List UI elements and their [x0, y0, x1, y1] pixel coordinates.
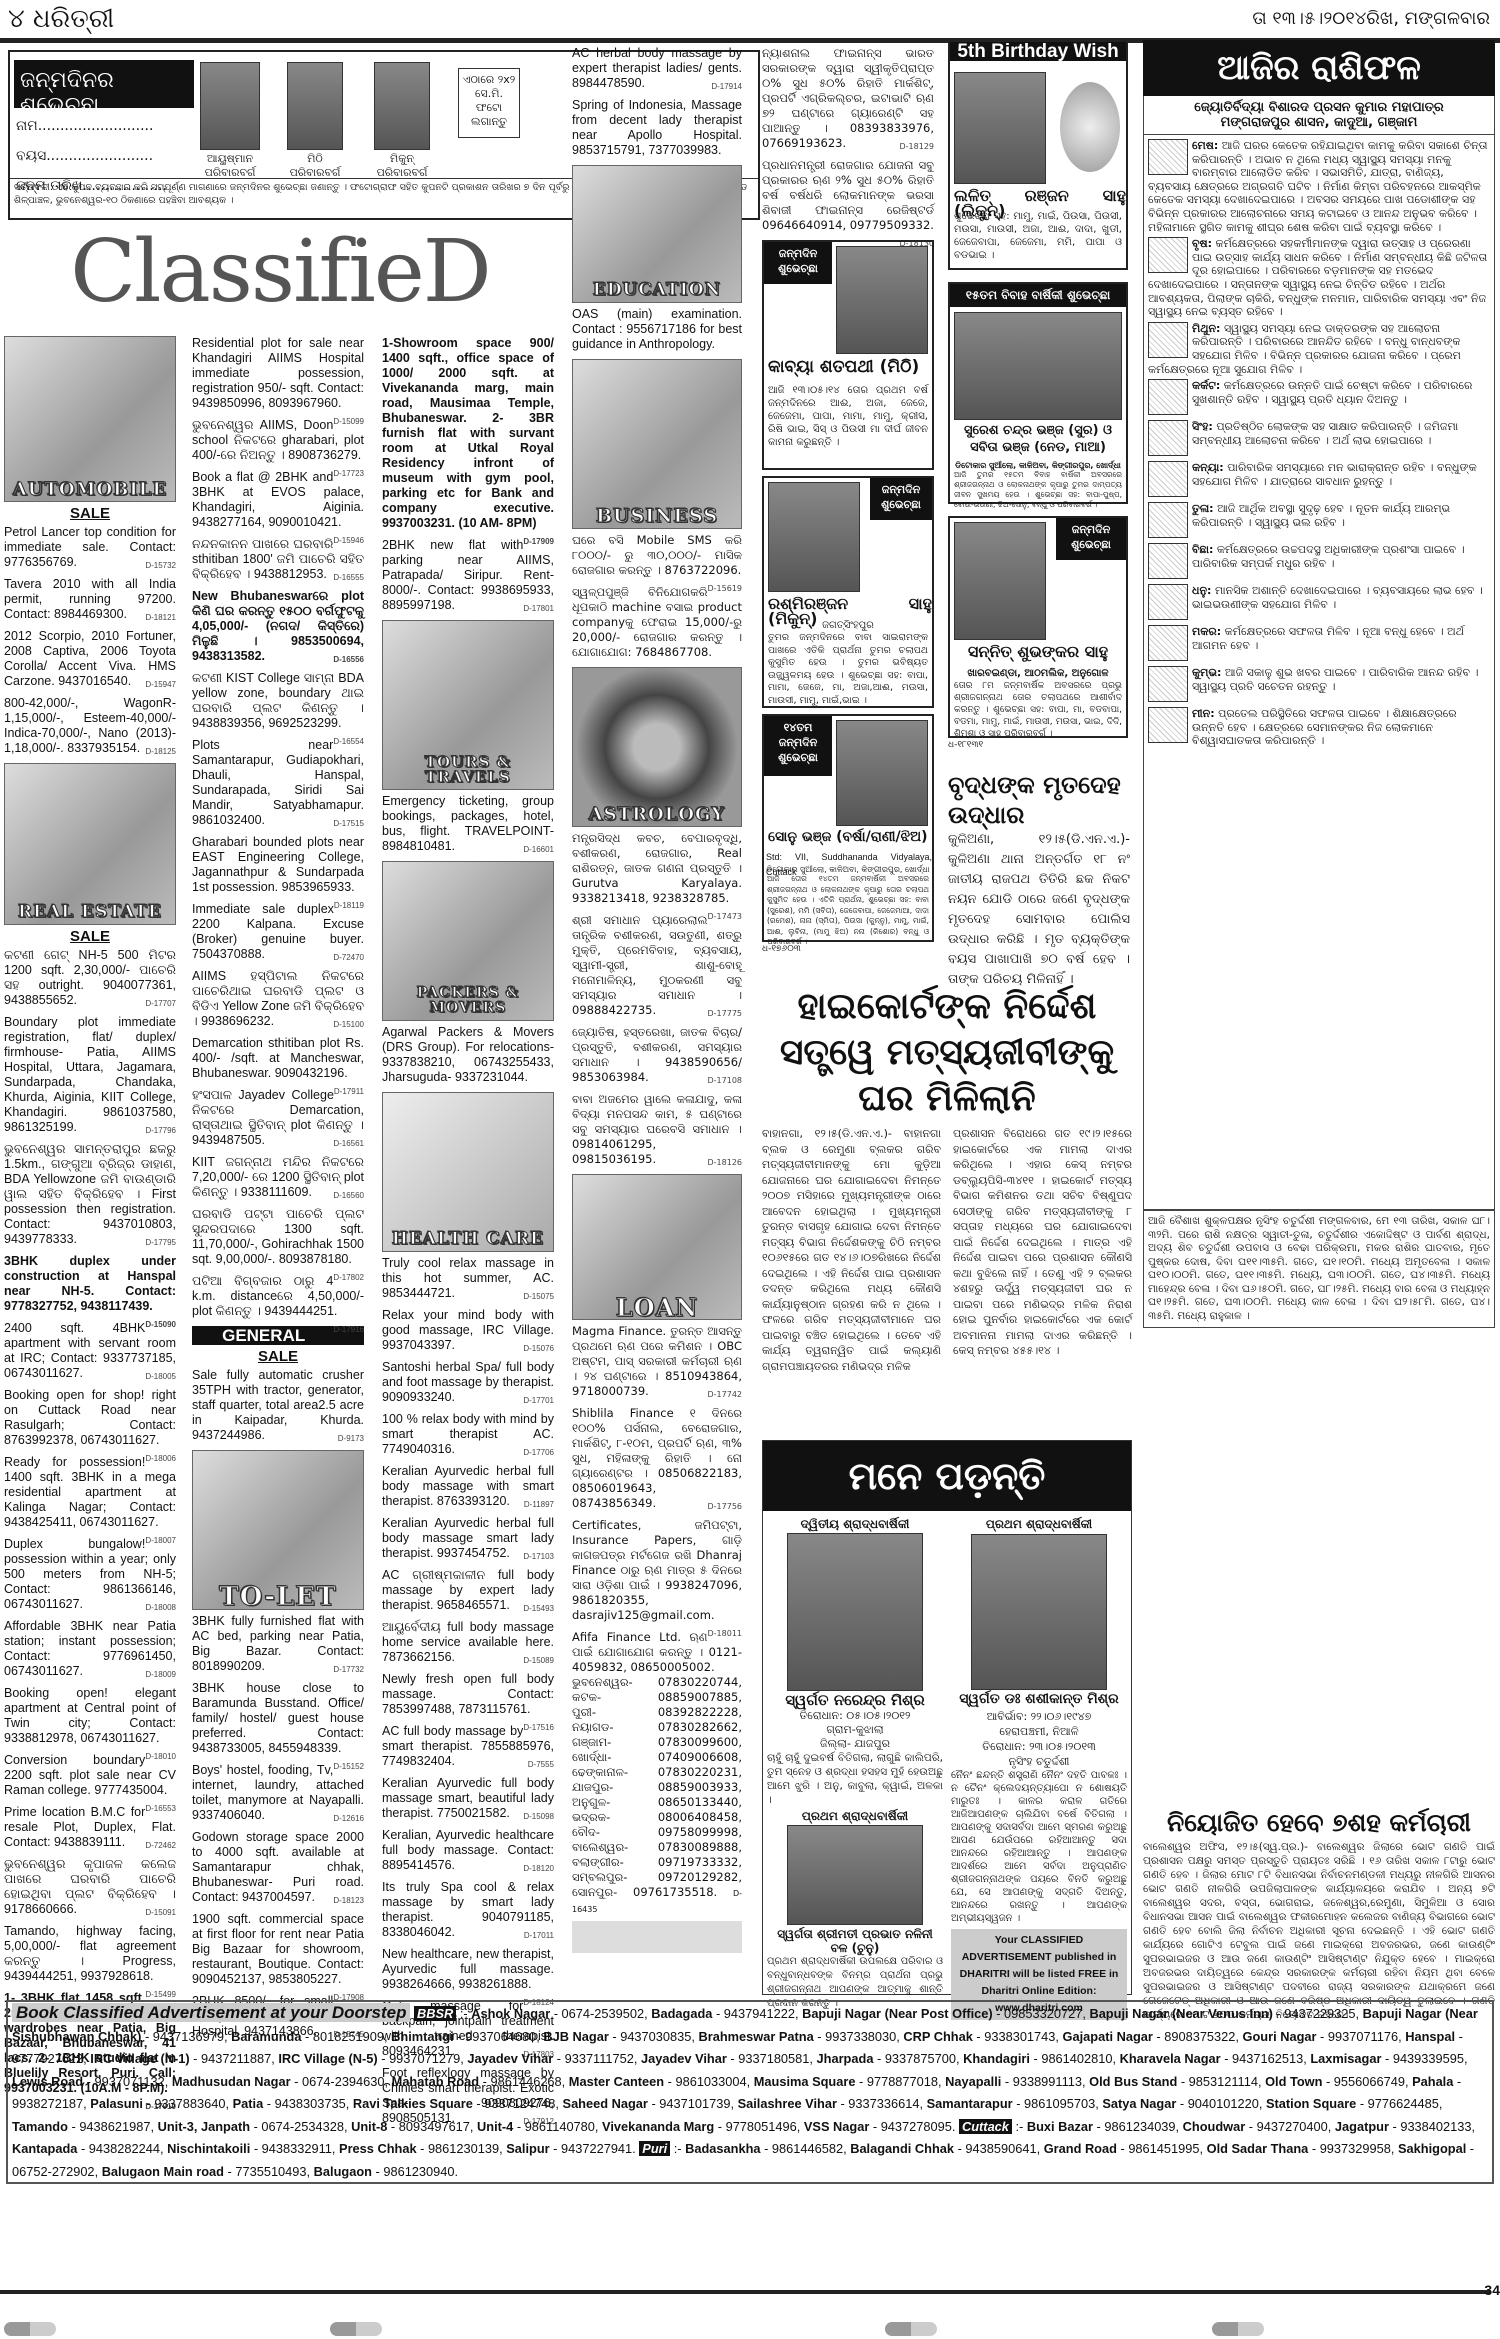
centre-name: CRP Chhak: [903, 2029, 972, 2044]
centre-name: Gajapati Nagar: [1063, 2029, 1153, 2044]
branch-row: ପୁରୀ-08392822228,: [572, 1705, 742, 1720]
classified-ad: KIIT ଜଗନ୍ନାଥ ମନ୍ଦିର ନିକଟରେ 7,20,000/- ରେ…: [192, 1155, 364, 1200]
classified-ad: AC herbal body massage by expert therapi…: [572, 46, 742, 91]
ad-text: Booking open for shop! right on Cuttack …: [4, 1388, 176, 1447]
obituary-message: ଚାହୁଁ ଚାହୁଁ ଦୁଇବର୍ଷ ବିତିଗଲା, ଲାଗୁଛି କାଲି…: [767, 1751, 943, 1807]
centre-name: BJB Nagar: [543, 2029, 608, 2044]
ad-code: D-17707: [145, 996, 176, 1011]
centre-name: Unit-3, Janpath: [158, 2119, 250, 2134]
centre-name: Ravi Talkies Square: [353, 2096, 473, 2111]
coupon-title: ଜନ୍ମଦିନର ଶୁଭେଚ୍ଛା: [14, 60, 194, 108]
ad-text: Residential plot for sale near Khandagir…: [192, 336, 364, 410]
wish-name: ସୋନୁ ଭଞ୍ଜ (ବର୍ଷା/ରାଣୀ/ଝିଅ): [768, 830, 928, 845]
news-body: ବାଲେଶ୍ୱର ଅଫିସ, ୧୨।୫(ସ୍ୱ.ପ୍ର.)- ବାଲେଶ୍ୱର …: [1143, 1840, 1495, 2022]
ad-code: D-18129: [900, 139, 935, 154]
branch-name: ବୌଦ-: [572, 1825, 600, 1840]
obituary-section: ମନେ ପଡ଼ନ୍ତି ଦ୍ୱିତୀୟ ଶ୍ରାଦ୍ଧବାର୍ଷିକୀ ସ୍ୱର…: [762, 1440, 1132, 1995]
centre-phone: 9861402810: [1041, 2051, 1112, 2066]
horoscope-item: ତୁଳା: ଆଜି ଆର୍ଥିକ ଅବସ୍ଥା ସୁଦୃଢ଼ ହେବ । ନୂତ…: [1148, 502, 1490, 540]
centre-name: Satya Nagar: [1102, 2096, 1176, 2111]
ad-text: ଘରେ ବସି Mobile SMS କରି ୮୦୦୦/- ରୁ ୩୦,୦୦୦/…: [572, 533, 742, 577]
centre-phone: 9937329958: [1320, 2141, 1391, 2156]
ad-code: D-18121: [145, 610, 176, 625]
child-photo: [768, 482, 860, 592]
horoscope-item: ମୀନ: ପ୍ରତେଲ ପରିସ୍ଥିତିରେ ସଫଳତା ପାଇବେ । ଶି…: [1148, 707, 1490, 748]
column-5: ନ୍ୟାଶନାଲ ଫାଇନାନ୍ସ ଭାରତ ସରକାରଙ୍କ ଦ୍ୱାରା ସ…: [762, 46, 934, 957]
news-high-court: ହାଇକୋର୍ଟଙ୍କ ନିର୍ଦ୍ଦେଶ ସତ୍ତ୍ୱେ ମତ୍ସ୍ୟଜୀବୀ…: [762, 984, 1132, 1374]
centre-name: Patia: [233, 2096, 264, 2111]
classified-ad: Booking open! elegant apartment at Centr…: [4, 1686, 176, 1746]
deceased-name: ସ୍ୱର୍ଗତ ଡଃ ଶଶୀକାନ୍ତ ମିଶ୍ର: [951, 1692, 1127, 1707]
centre-name: Kantapada: [12, 2141, 77, 2156]
centre-name: Nayapalli: [945, 2074, 1001, 2089]
classified-ad: Emergency ticketing, group bookings, pac…: [382, 794, 554, 854]
centre-name: Ashok Nagar: [471, 2006, 550, 2021]
ad-code: D-17914: [711, 79, 742, 94]
ad-code: D-15075: [523, 1289, 554, 1304]
ad-code: D-18119: [334, 898, 364, 913]
ad-code: D-18126: [708, 1155, 743, 1170]
ad-text: Agarwal Packers & Movers (DRS Group). Fo…: [382, 1025, 554, 1084]
sale-heading: SALE: [192, 1349, 364, 1364]
ad-code: D-9173: [338, 1431, 364, 1446]
branch-name: ପୁରୀ-: [572, 1705, 596, 1720]
branch-name: ବଲାଙ୍ଗୀର-: [572, 1855, 624, 1870]
branch-phone: 07830099600,: [658, 1735, 742, 1750]
automobile-image: AUTOMOBILE: [4, 336, 176, 502]
centre-phone: 9338991113: [1013, 2074, 1082, 2089]
registration-mark: [885, 2322, 937, 2336]
centre-name: Mahatab Road: [392, 2074, 479, 2089]
wish-tag: 5th Birthday Wish: [950, 42, 1126, 61]
centre-phone: 9778877018: [867, 2074, 938, 2089]
classified-ad: Plots near Samantarapur, Gudiapokhari, D…: [192, 738, 364, 828]
centre-phone: 9861451995: [1128, 2141, 1199, 2156]
zodiac-icon: [1148, 666, 1188, 702]
ad-code: D-15100: [333, 1017, 364, 1032]
ad-text: Newly fresh open full body massage. Cont…: [382, 1672, 554, 1716]
centre-phone: 06752-272902: [12, 2164, 95, 2179]
ad-text: ପ୍ରଧାନମନ୍ତ୍ରୀ ରୋଜଗାର ଯୋଜନା ସବୁ ପ୍ରକାରର ଋ…: [762, 158, 934, 232]
child-photo: [954, 522, 1046, 640]
anniversary-label: ପ୍ରଥମ ଶ୍ରାଦ୍ଧବାର୍ଷିକୀ: [951, 1517, 1127, 1532]
centre-phone: 9861234039: [1104, 2119, 1175, 2134]
branch-phone: 07830220744,: [658, 1675, 742, 1690]
ad-code: D-17909: [523, 534, 554, 549]
centre-name: Bhimtangi: [391, 2029, 454, 2044]
zodiac-text: ଆଜି ଘରର କେତେକ ରହିଯାଇଥିବା କାମକୁ କରିବା ସକା…: [1148, 139, 1487, 234]
horoscope-item: ବିଛା: କର୍ମକ୍ଷେତ୍ରରେ ଉଚ୍ଚପଦସ୍ଥ ଅଧିକାରୀଙ୍କ…: [1148, 543, 1490, 581]
ad-text: OAS (main) examination. Contact : 955671…: [572, 307, 742, 351]
category-label: TOURS & TRAVELS: [383, 755, 553, 785]
centre-phone: 8018251909: [313, 2029, 384, 2044]
logo-text: ClassifieD: [70, 222, 490, 322]
horoscope-item: ମକର: କର୍ମକ୍ଷେତ୍ରରେ ସଫଳତା ମିଳିବ । ନୂଆ ବନ୍…: [1148, 625, 1490, 663]
centre-phone: 9040101220: [1188, 2096, 1259, 2111]
column-1: AUTOMOBILE SALE Petrol Lancer top condit…: [4, 336, 176, 2114]
ad-code: D-16560: [333, 1188, 364, 1203]
horoscope-item: କନ୍ୟା: ପାରିବାରିକ ସମସ୍ୟାରେ ମନ ଭାରାକ୍ରାନ୍ତ…: [1148, 461, 1490, 499]
classified-ad: New healthcare, new therapist, Ayurvedic…: [382, 1947, 554, 1992]
branch-phone: 08859003933,: [658, 1780, 742, 1795]
wish-name: କାବ୍ୟା ଶତପଥୀ (ମିଠି): [768, 360, 919, 375]
ad-code: D-18120: [523, 1861, 554, 1876]
ad-code: D-18009: [145, 1667, 176, 1682]
branch-phone: 07409006608,: [658, 1750, 742, 1765]
zodiac-name: ବୃଷ:: [1192, 237, 1212, 250]
classified-ad: Residential plot for sale near Khandagir…: [192, 336, 364, 411]
branch-row: ଭୁବନେଶ୍ୱର-07830220744,: [572, 1675, 742, 1690]
wish-name: ସନ୍ନିତ୍ ଶୁଭଙ୍କର ସାହୁ: [950, 644, 1126, 659]
centre-phone: 9438621987: [79, 2119, 150, 2134]
zodiac-icon: [1148, 237, 1188, 273]
classified-ad: 3BHK house close to Baramunda Busstand. …: [192, 1681, 364, 1756]
blank-box: [572, 1921, 742, 1953]
news-employees: ନିୟୋଜିତ ହେବେ ୭ଶହ କର୍ମଚାରୀ ବାଲେଶ୍ୱର ଅଫିସ,…: [1143, 1806, 1495, 2022]
branch-phone: 08392822228,: [658, 1705, 742, 1720]
centre-phone: 9437101739: [659, 2096, 730, 2111]
centre-name: Unit-8: [351, 2119, 387, 2134]
centre-name: Brahmeswar Patna: [699, 2029, 814, 2044]
wish-tag: ଜନ୍ମଦିନ ଶୁଭେଚ୍ଛା: [764, 242, 832, 284]
centre-name: Old Bus Stand: [1089, 2074, 1177, 2089]
horoscope-list: ମେଷ: ଆଜି ଘରର କେତେକ ରହିଯାଇଥିବା କାମକୁ କରିବ…: [1143, 135, 1495, 1210]
classified-ad: Truly cool relax massage in this hot sum…: [382, 1256, 554, 1301]
centre-phone: 9437162513: [1232, 2051, 1303, 2066]
branch-name: ଖୋର୍ଦ୍ଧା-: [572, 1750, 611, 1765]
zodiac-icon: [1148, 322, 1188, 358]
zodiac-name: ମିଥୁନ:: [1192, 322, 1220, 335]
ad-text: ଭୁବନେଶ୍ୱର ସାମନ୍ତରାପୁର ଛକରୁ 1.5km., ଗଙ୍ଗୁ…: [4, 1142, 176, 1246]
ad-text: Gharabari bounded plots near EAST Engine…: [192, 835, 364, 894]
branch-row: ଗଞ୍ଜାମ-07830099600,: [572, 1735, 742, 1750]
ad-text: Plots near Samantarapur, Gudiapokhari, D…: [192, 738, 364, 827]
centre-name: Unit-4: [477, 2119, 513, 2134]
classified-ad: Keralian Ayurvedic full body massage sma…: [382, 1776, 554, 1821]
centre-name: Balagandi Chhak: [850, 2141, 954, 2156]
packers-image: PACKERS & MOVERS: [382, 861, 554, 1021]
branch-name: କଟକ-: [572, 1690, 601, 1705]
ad-code: D-17742: [708, 1387, 743, 1402]
centre-name: Palasuni: [90, 2096, 143, 2111]
wish-message: ଆଜି ୧୩।୦୫।୧୪ ତୋର ପ୍ରଥମ ବର୍ଷ ଜନ୍ମଦିନରେ ଆଈ…: [768, 384, 928, 449]
ad-text: Spring of Indonesia, Massage from decent…: [572, 98, 742, 157]
zodiac-icon: [1148, 584, 1188, 620]
classified-ad: ମନ୍ତ୍ରସିଦ୍ଧ କବଚ, ବେପାରବୃଦ୍ଧି, ବଶୀକରଣ, ରୋ…: [572, 831, 742, 906]
category-label: BUSINESS: [573, 509, 741, 524]
centre-name: Jayadev Vihar: [467, 2051, 553, 2066]
branch-row: ବଲାଙ୍ଗୀର-09719733332,: [572, 1855, 742, 1870]
centre-name: Madhusudan Nagar: [172, 2074, 291, 2089]
branch-row: ଖୋର୍ଦ୍ଧା-07409006608,: [572, 1750, 742, 1765]
centre-phone: 9437030835: [620, 2029, 691, 2044]
news-body: କୁଳିଅଣା, ୧୨।୫(ଡି.ଏନ.ଏ.)- କୁଳିଅଣା ଥାନା ଅନ…: [948, 830, 1130, 990]
classified-ad: Magma Finance. ତୁରନ୍ତ ଆସନ୍ତୁ ପ୍ରଥମେ ଋଣ ପ…: [572, 1324, 742, 1399]
tours-image: TOURS & TRAVELS: [382, 620, 554, 790]
ad-code: ଧ-୧୮୧୩୧: [948, 738, 1128, 753]
branch-row: ସମ୍ବଲପୁର-09720129282,: [572, 1870, 742, 1885]
classified-ad: ବାବା ଅଜମେର ୱାଲେ କଳାଯାଦୁ, କଳା ବିଦ୍ୟା ମନପସ…: [572, 1092, 742, 1167]
classified-ad: ଘରେ ବସି Mobile SMS କରି ୮୦୦୦/- ରୁ ୩୦,୦୦୦/…: [572, 533, 742, 578]
wish-tag: ୧୪ତମ ଜନ୍ମଦିନ ଶୁଭେଚ୍ଛା: [764, 716, 832, 776]
classified-ad: Tamando, highway facing, 5,00,000/- flat…: [4, 1924, 176, 1984]
ad-code: D-15946: [333, 533, 364, 548]
centre-phone: 9337336614: [848, 2096, 919, 2111]
ad-code: D-17011: [524, 1928, 554, 1943]
classified-ad: 3BHK duplex under construction at Hanspa…: [4, 1254, 176, 1314]
horoscope-item: ସିଂହ: ପ୍ରତିଷ୍ଠିତ ଲୋକଙ୍କ ସହ ସାକ୍ଷାତ କରିପା…: [1148, 420, 1490, 458]
branch-name: ଭୁବନେଶ୍ୱର-: [572, 1675, 633, 1690]
centre-phone: 9438282244: [89, 2141, 160, 2156]
business-image: BUSINESS: [572, 359, 742, 529]
classified-ad: New Bhubaneswarରେ plot କିଣି ଘର କରନ୍ତୁ ୧୫…: [192, 589, 364, 664]
child-photo-2: [287, 62, 343, 150]
classified-ad: AC ଗ୍ରୀଷ୍ମକାଳୀନ full body massage by exp…: [382, 1568, 554, 1613]
wish-message: ଶୁଭେଚ୍ଛା ସହ: ମାମୁ, ମାଇଁ, ପିଉସା, ପିଉସୀ, ମ…: [954, 210, 1122, 262]
registration-mark: [1212, 2322, 1264, 2336]
horoscope-section: ଆଜିର ରାଶିଫଳ ଜ୍ୟୋତିର୍ବିଦ୍ୟା ବିଶାରଦ ପ୍ରସନ …: [1143, 40, 1495, 1328]
category-label: EDUCATION: [573, 283, 741, 298]
zodiac-text: ମାନସିକ ଅଶାନ୍ତି ଦେଖାଦେଇପାରେ । ବ୍ୟବସାୟରେ ଲ…: [1192, 584, 1483, 611]
classified-ad: Keralian Ayurvedic herbal full body mass…: [382, 1516, 554, 1561]
centre-phone: 9338402133: [1400, 2119, 1471, 2134]
ad-code: D-15076: [523, 1341, 554, 1356]
classified-ad: Duplex bungalow! possession within a yea…: [4, 1537, 176, 1612]
news-body: ବାହାନଗା, ୧୨।୫(ଡି.ଏନ.ଏ.)- ବାହାନଗା ବ୍ଲକ ଓ …: [762, 1126, 941, 1374]
ad-text: କଟଣୀ KIST College ସାମ୍ନା BDA yellow zone…: [192, 671, 364, 730]
centre-phone: 9337111752: [565, 2051, 634, 2066]
wish-message: ତୋର ୮ମ ଜନ୍ମବାର୍ଷିକ ଅବସରରେ ପ୍ରଭୁ ଶ୍ରୀଜଗନ୍…: [954, 680, 1122, 740]
obituary-photo: [787, 1533, 923, 1691]
realestate-image: REAL ESTATE: [4, 763, 176, 925]
branch-phone: 08650133440,: [658, 1795, 742, 1810]
centre-name: Gouri Nagar: [1243, 2029, 1317, 2044]
centre-phone: 9337124748: [484, 2096, 555, 2111]
branch-row: ବୌଦ-09758099998,: [572, 1825, 742, 1840]
zodiac-name: କନ୍ୟା:: [1192, 461, 1224, 474]
ad-text: 3BHK duplex under construction at Hanspa…: [4, 1254, 176, 1313]
centre-phone: 9776624485: [1368, 2096, 1439, 2111]
centre-phone: 9338301743: [984, 2029, 1055, 2044]
ad-code: D-17516: [523, 1720, 554, 1735]
obituary-detail: ତିରୋଧାନ: ୦୫।୦୫।୨୦୧୨: [767, 1709, 943, 1723]
zodiac-text: ପ୍ରତେଲ ପରିସ୍ଥିତିରେ ସଫଳତା ପାଇବେ । ଶିକ୍ଷାକ…: [1192, 707, 1457, 747]
obituary-detail: ହେରାପଞ୍ଚମୀ, ନିଆଳି: [951, 1724, 1127, 1739]
category-label: AUTOMOBILE: [5, 482, 175, 497]
ad-code: D-15091: [145, 1905, 176, 1920]
centre-name: Mausima Square: [754, 2074, 856, 2089]
birthday-wish-sonu: ୧୪ତମ ଜନ୍ମଦିନ ଶୁଭେଚ୍ଛା ସୋନୁ ଭଞ୍ଜ (ବର୍ଷା/ର…: [762, 714, 934, 942]
branch-name: ବାଲେଶ୍ୱର-: [572, 1840, 628, 1855]
ad-code: D-16554: [333, 734, 364, 749]
child-photo: [954, 72, 1046, 184]
centre-phone: 9337875700: [885, 2051, 956, 2066]
ad-text: 3BHK house close to Baramunda Busstand. …: [192, 1681, 364, 1755]
ad-code: D-17723: [333, 466, 364, 481]
classified-ad: 3BHK fully furnished flat with AC bed, p…: [192, 1614, 364, 1674]
deceased-name: ସ୍ୱର୍ଗତ ନରେନ୍ଦ୍ର ମିଶ୍ର: [767, 1693, 943, 1707]
branch-phone: 08006408458,: [658, 1810, 742, 1825]
obituary-photo: [971, 1534, 1107, 1690]
centre-phone: 9437211887: [201, 2051, 271, 2066]
branch-name: ଯାଜପୁର-: [572, 1780, 613, 1795]
wish-tag: ୧୫ତମ ବିବାହ ବାର୍ଷିକୀ ଶୁଭେଚ୍ଛା: [950, 284, 1126, 307]
category-label: TO-LET: [193, 1590, 363, 1605]
ad-text: ଶ୍ରୀ ସମାଧାନ ପ୍ୟାରେଲାଲ ତାନ୍ତ୍ରିକ ବଶୀକରଣ, …: [572, 913, 742, 1017]
ad-code: D-15493: [523, 1601, 554, 1616]
ad-code: D-7555: [528, 1757, 554, 1772]
healthcare-image: HEALTH CARE: [382, 1092, 554, 1252]
ad-code: D-18007: [145, 1533, 176, 1548]
centre-phone: 9937338030: [825, 2029, 896, 2044]
horoscope-item: କୁମ୍ଭ: ଆଜି ସକାଳୁ ଶୁଭ ଖବର ପାଇବେ । ପାରିବାର…: [1148, 666, 1490, 704]
classified-ad: Gharabari bounded plots near EAST Engine…: [192, 835, 364, 895]
centre-name: Grand Road: [1044, 2141, 1117, 2156]
ad-code: D-17515: [333, 816, 364, 831]
centre-phone: 9777927622: [12, 2051, 83, 2066]
category-label: REAL ESTATE: [5, 905, 175, 920]
birthday-wish-lalit: 5th Birthday Wish ଲଳିତ୍ ରଞ୍ଜନ ସାହୁ (ଲିକୁ…: [948, 40, 1128, 270]
zodiac-icon: [1148, 139, 1188, 175]
centre-phone: 09853320727: [1004, 2006, 1082, 2021]
classified-ad: କଟଣୀ ଗେଟ୍ NH-5 500 ମିଟର 1200 sqft. 2,30,…: [4, 948, 176, 1008]
classified-ad: ଘରବାଡି ପଟ୍ଟା ପାଚେରି ପ୍ଲଟ ସୁନ୍ଦରପଦାରେ 130…: [192, 1207, 364, 1267]
classified-ad: Ready for possession! 1400 sqft. 3BHK in…: [4, 1455, 176, 1530]
centre-phone: 9437227941: [561, 2141, 632, 2156]
centre-name: Badasankha: [685, 2141, 760, 2156]
category-label: HEALTH CARE: [383, 1232, 553, 1247]
classified-ad: Agarwal Packers & Movers (DRS Group). Fo…: [382, 1025, 554, 1085]
centre-name: Samantarapur: [927, 2096, 1013, 2111]
birthday-wish-rashmi: ଜନ୍ମଦିନ ଶୁଭେଚ୍ଛା ରଶ୍ମିରଞ୍ଜନ ସାହୁ (ମିକୁନ୍…: [762, 476, 934, 708]
zodiac-text: ପାରିବାରିକ ସମସ୍ୟାରେ ମନ ଭାରାକ୍ରାନ୍ତ ରହିବ ।…: [1192, 461, 1477, 488]
centre-name: Master Canteen: [569, 2074, 664, 2089]
centre-name: Press Chhak: [339, 2141, 417, 2156]
booking-centres: Book Classified Advertisement at your Do…: [6, 2000, 1494, 2184]
centre-phone: 8908375322: [1164, 2029, 1235, 2044]
zodiac-text: ପ୍ରତିଷ୍ଠିତ ଲୋକଙ୍କ ସହ ସାକ୍ଷାତ କରିପାରନ୍ତି …: [1192, 420, 1458, 447]
branch-phone: 07830089888,: [658, 1840, 742, 1855]
ad-text: ସୋନପୁର- 09761735518.: [572, 1885, 717, 1899]
ad-text: New healthcare, new therapist, Ayurvedic…: [382, 1947, 554, 1991]
anniversary-label: ପ୍ରଥମ ଶ୍ରାଦ୍ଧବାର୍ଷିକୀ: [767, 1809, 943, 1823]
photo-caption: ମିଠି: [280, 152, 350, 166]
classified-ad: ଜ୍ୟୋତିଷ, ହସ୍ତରେଖା, ଜାତକ ବିଚାର/ ପ୍ରସ୍ତୁତି…: [572, 1025, 742, 1085]
branch-name: ସମ୍ବଲପୁର-: [572, 1870, 627, 1885]
ad-code: D-17801: [523, 601, 554, 616]
photo-caption: ମିକୁନ୍: [367, 152, 437, 166]
ad-code: D-16553: [145, 1801, 176, 1816]
classified-ad: OAS (main) examination. Contact : 955671…: [572, 307, 742, 352]
tolet-image: TO-LET: [192, 1450, 364, 1610]
ad-code: D-17706: [523, 1445, 554, 1460]
child-photo: [836, 720, 928, 826]
ad-code: D-16555: [333, 570, 364, 585]
wish-tag: ଜନ୍ମଦିନ ଶୁଭେଚ୍ଛା: [1056, 518, 1126, 560]
centre-name: VSS Nagar: [804, 2119, 869, 2134]
wish-place: ଖାରବଇଣ୍ଡା, ଆଠମଲିକ, ଅନୁଗୋଳ: [950, 666, 1126, 681]
classified-ad: Newly fresh open full body massage. Cont…: [382, 1672, 554, 1717]
classified-ad: ନ୍ୟାଶନାଲ ଫାଇନାନ୍ସ ଭାରତ ସରକାରଙ୍କ ଦ୍ୱାରା ସ…: [762, 46, 934, 151]
centre-phone: 9438590641: [965, 2141, 1036, 2156]
centre-name: Vivekananda Marg: [602, 2119, 714, 2134]
horoscope-item: କର୍କଟ: କର୍ମକ୍ଷେତ୍ରରେ ଉନ୍ନତି ପାଇଁ ଚେଷ୍ଟା …: [1148, 379, 1490, 417]
zodiac-text: କର୍ମକ୍ଷେତ୍ରରେ ସଫଳତା ମିଳିବ । ନୂଆ ବନ୍ଧୁ ହେ…: [1192, 625, 1464, 652]
column-3: 1-Showroom space 900/ 1400 sqft., office…: [382, 336, 554, 2133]
centre-name: Salipur: [506, 2141, 549, 2156]
zodiac-text: କର୍ମକ୍ଷେତ୍ରରେ ଉଚ୍ଚପଦସ୍ଥ ଅଧିକାରୀଙ୍କ ପ୍ରଶଂ…: [1192, 543, 1465, 570]
balloons-icon: [1060, 82, 1120, 172]
centre-phone: 9437278095: [881, 2119, 952, 2134]
centre-name: Jharpada: [817, 2051, 874, 2066]
branch-row: ଭଦ୍ରକ-08006408458,: [572, 1810, 742, 1825]
ad-code: D-17911: [334, 1084, 364, 1099]
zodiac-icon: [1148, 707, 1188, 743]
news-body-recovered: ବୃଦ୍ଧଙ୍କ ମୃତଦେହ ଉଦ୍ଧାର କୁଳିଅଣା, ୧୨।୫(ଡି.…: [948, 770, 1130, 990]
zodiac-name: ସିଂହ:: [1192, 420, 1213, 433]
footer-rule: [0, 2290, 1490, 2294]
ad-code: D-17916: [333, 1322, 364, 1337]
centre-name: Hanspal: [1405, 2029, 1455, 2044]
zodiac-icon: [1148, 543, 1188, 579]
obituary-message: ନୈନଂ ଛନ୍ଦନ୍ତି ଶସ୍ତ୍ରାଣି ନୈନଂ ଦହତି ପାବକଃ …: [951, 1769, 1127, 1925]
centre-phone: 0674-2534328: [261, 2119, 344, 2134]
classified-ad: Demarcation sthitiban plot Rs. 400/- /sq…: [192, 1036, 364, 1081]
ad-code: D-17756: [708, 1499, 743, 1514]
ad-code: D-16556: [333, 652, 364, 667]
obituary-title: ମନେ ପଡ଼ନ୍ତି: [763, 1441, 1131, 1511]
branch-row: ଅନୁଗୁଳ-08650133440,: [572, 1795, 742, 1810]
classified-ad: AIIMS ହସ୍ପିଟାଲ ନିକଟରେ ପାଚେରିଥାଇ ଘରବାଡି ପ…: [192, 969, 364, 1029]
city-tag: BBSR: [414, 2006, 456, 2021]
registration-mark: [4, 2322, 56, 2336]
zodiac-icon: [1148, 502, 1188, 538]
news-headline: ହାଇକୋର୍ଟଙ୍କ ନିର୍ଦ୍ଦେଶ ସତ୍ତ୍ୱେ ମତ୍ସ୍ୟଜୀବୀ…: [762, 984, 1132, 1122]
branch-row: ନୟାଗଡ-07830282662,: [572, 1720, 742, 1735]
ad-text: Booking open! elegant apartment at Centr…: [4, 1686, 176, 1745]
branch-phone: 08859007885,: [658, 1690, 742, 1705]
centre-name: Station Square: [1266, 2096, 1356, 2111]
zodiac-text: ଆଜି ଆର୍ଥିକ ଅବସ୍ଥା ସୁଦୃଢ଼ ହେବ । ନୂତନ କାର୍…: [1192, 502, 1450, 529]
ad-code: D-15947: [145, 677, 176, 692]
branch-name: ଢେଙ୍କାନାଳ-: [572, 1765, 628, 1780]
city-tag: Puri: [639, 2141, 670, 2156]
classified-ad: ସ୍ୱଳ୍ପପୁଞ୍ଜି ବିନିଯୋଗକରି ଧୂପକାଠି machine …: [572, 585, 742, 660]
classified-ad: ଆୟୁର୍ବେଦୀୟ full body massage home servic…: [382, 1620, 554, 1665]
centre-phone: 9937071176: [1328, 2029, 1398, 2044]
ad-text: Boundary plot immediate registration, fl…: [4, 1015, 176, 1134]
ad-code: D-18006: [145, 1451, 176, 1466]
ad-code: D-17473: [708, 909, 743, 924]
zodiac-icon: [1148, 461, 1188, 497]
branch-phone: 09758099998,: [658, 1825, 742, 1840]
centre-phone: 9861446268: [491, 2074, 562, 2089]
centre-name: IRC Village (N-1): [90, 2051, 189, 2066]
ad-code: D-17103: [523, 1549, 554, 1564]
classified-ad: ଭୁବନେଶ୍ୱର ସାମନ୍ତରାପୁର ଛକରୁ 1.5km., ଗଙ୍ଗୁ…: [4, 1142, 176, 1247]
zodiac-name: ତୁଳା:: [1192, 502, 1214, 515]
astrology-image: ASTROLOGY: [572, 667, 742, 827]
wish-tag: ଜନ୍ମଦିନ ଶୁଭେଚ୍ଛା: [870, 478, 932, 520]
ad-text: ସ୍ୱଳ୍ପପୁଞ୍ଜି ବିନିଯୋଗକରି ଧୂପକାଠି machine …: [572, 585, 742, 659]
news-headline: ବୃଦ୍ଧଙ୍କ ମୃତଦେହ ଉଦ୍ଧାର: [948, 770, 1130, 830]
zodiac-name: କୁମ୍ଭ:: [1192, 666, 1221, 679]
ad-code: D-17795: [145, 1235, 176, 1250]
centre-name: Lewis Road: [12, 2074, 83, 2089]
centre-phone: 9556066749: [1334, 2074, 1405, 2089]
branch-phone: 07830282662,: [658, 1720, 742, 1735]
city-tag: Cuttack: [959, 2119, 1012, 2134]
